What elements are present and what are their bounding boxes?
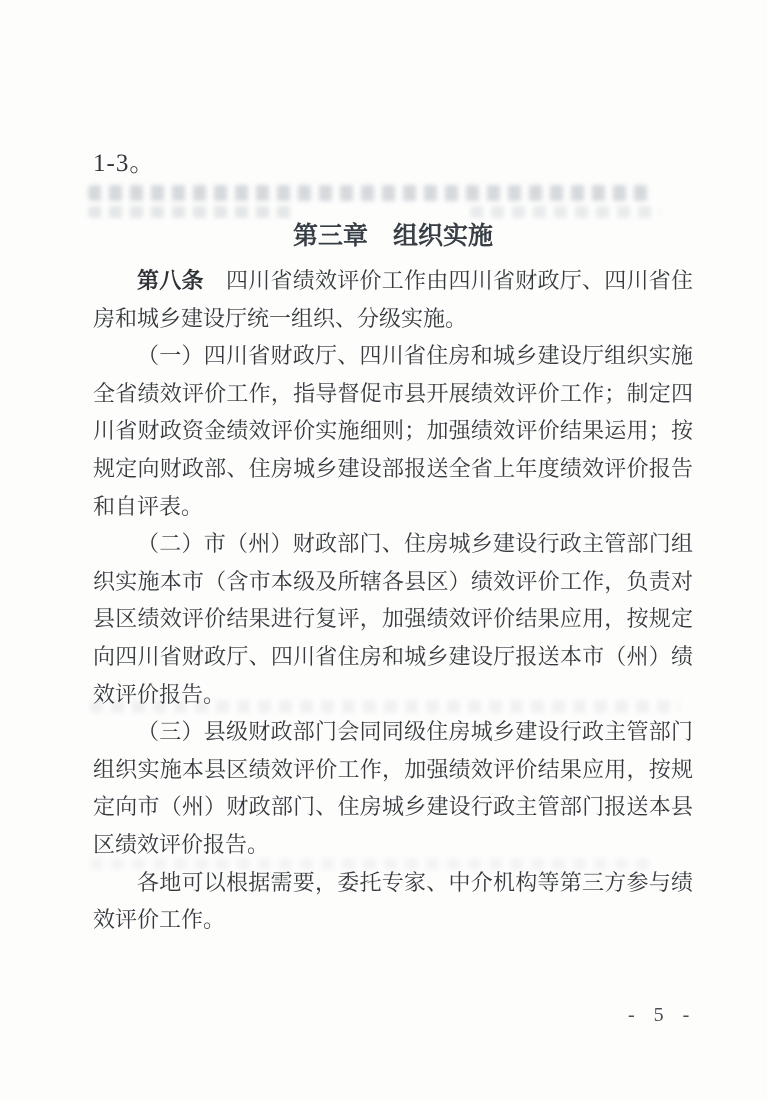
paragraph-article-8: 第八条 四川省绩效评价工作由四川省财政厅、四川省住房和城乡建设厅统一组织、分级实… <box>93 262 693 337</box>
document-body: 第八条 四川省绩效评价工作由四川省财政厅、四川省住房和城乡建设厅统一组织、分级实… <box>93 262 693 939</box>
paragraph-item-2: （二）市（州）财政部门、住房城乡建设行政主管部门组织实施本市（含市本级及所辖各县… <box>93 525 693 713</box>
paragraph-text: （二）市（州）财政部门、住房城乡建设行政主管部门组织实施本市（含市本级及所辖各县… <box>93 531 693 706</box>
paragraph-text: （三）县级财政部门会同同级住房城乡建设行政主管部门组织实施本县区绩效评价工作，加… <box>93 719 693 857</box>
paragraph-text: （一）四川省财政厅、四川省住房和城乡建设厅组织实施全省绩效评价工作，指导督促市县… <box>93 343 693 518</box>
bleed-through-smudge <box>88 185 653 201</box>
paragraph-text: 各地可以根据需要，委托专家、中介机构等第三方参与绩效评价工作。 <box>93 870 693 933</box>
carryover-text-fragment: 1-3。 <box>93 143 155 179</box>
page-number: - 5 - <box>628 1004 696 1027</box>
paragraph-item-3: （三）县级财政部门会同同级住房城乡建设行政主管部门组织实施本县区绩效评价工作，加… <box>93 713 693 863</box>
paragraph-item-1: （一）四川省财政厅、四川省住房和城乡建设厅组织实施全省绩效评价工作，指导督促市县… <box>93 337 693 525</box>
chapter-heading: 第三章 组织实施 <box>93 216 693 252</box>
article-number: 第八条 <box>137 268 226 293</box>
scanned-document-page: 1-3。 第三章 组织实施 第八条 四川省绩效评价工作由四川省财政厅、四川省住房… <box>0 0 767 1101</box>
paragraph-closing: 各地可以根据需要，委托专家、中介机构等第三方参与绩效评价工作。 <box>93 864 693 939</box>
